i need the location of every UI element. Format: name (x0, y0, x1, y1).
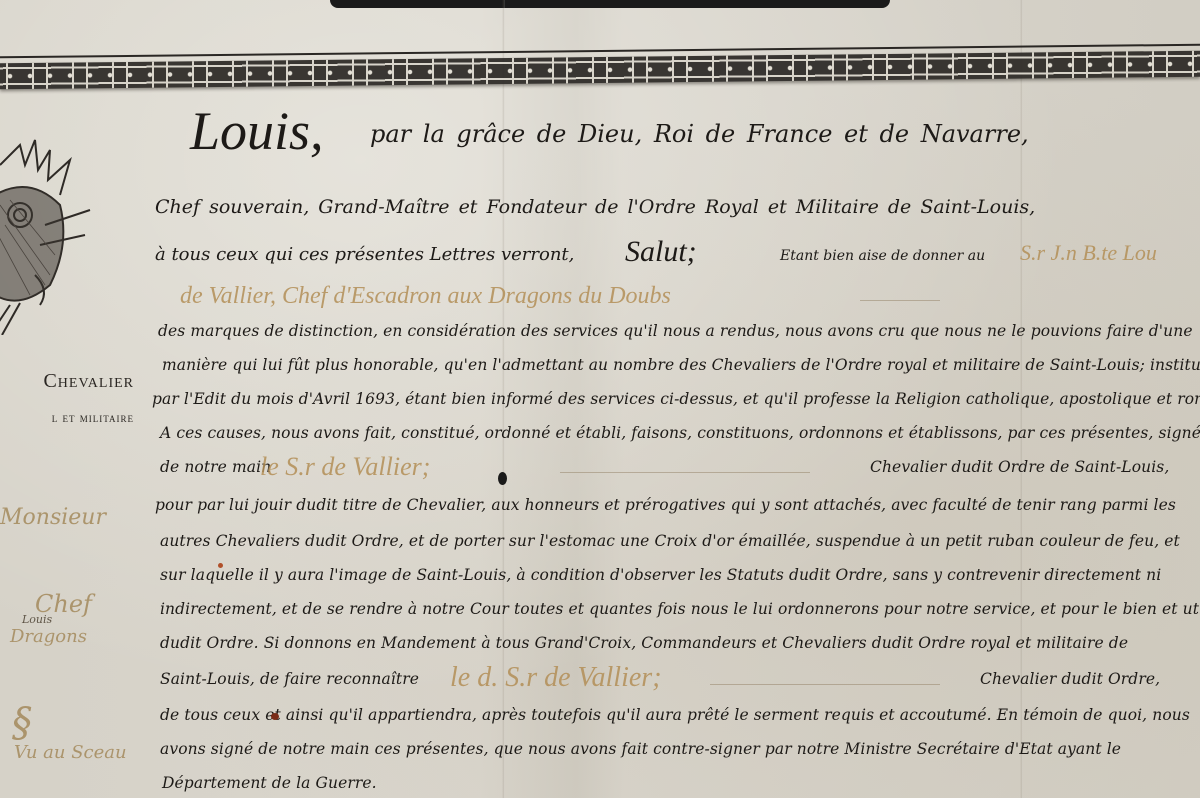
fleur-de-lis-pattern-icon (0, 51, 1200, 90)
body-line-8: autres Chevaliers dudit Ordre, et de por… (160, 532, 1180, 550)
body-line-3: par l'Edit du mois d'Avril 1693, étant b… (152, 390, 1200, 408)
body-line-16: Département de la Guerre. (162, 774, 377, 792)
handwritten-fill-vallier-2: le d. S.r de Vallier; (450, 662, 662, 694)
handwritten-recipient-2: de Vallier, Chef d'Escadron aux Dragons … (180, 283, 671, 310)
handwritten-recipient-1: S.r J.n B.te Lou (1020, 240, 1157, 266)
body-line-15: avons signé de notre main ces présentes,… (160, 740, 1121, 758)
ink-blot (498, 472, 507, 485)
greeting-prefix: à tous ceux qui ces présentes Lettres ve… (155, 244, 574, 265)
stain-spot (271, 713, 279, 720)
trophy-of-arms-icon (0, 135, 100, 335)
handwritten-fill-vallier: le S.r de Vallier; (260, 452, 430, 482)
body-line-1: des marques de distinction, en considéra… (158, 322, 1193, 340)
body-line-11: dudit Ordre. Si donnons en Mandement à t… (160, 634, 1128, 652)
margin-flourish: § (12, 700, 32, 746)
body-line-13: Chevalier dudit Ordre, (980, 670, 1160, 688)
margin-note-dragons: Dragons (10, 626, 87, 647)
fill-rule (860, 300, 940, 301)
intro-text: Etant bien aise de donner au (780, 248, 985, 264)
order-title-chevalier: Chevalier (0, 370, 134, 393)
margin-note-louis: Louis (22, 613, 52, 626)
body-line-12: Saint-Louis, de faire reconnaître (160, 670, 419, 688)
body-line-10: indirectement, et de se rendre à notre C… (160, 600, 1200, 618)
body-line-7: pour par lui jouir dudit titre de Cheval… (155, 496, 1176, 514)
title-line-1: par la grâce de Dieu, Roi de France et d… (370, 120, 1029, 148)
body-line-5: de notre main (160, 458, 271, 476)
sovereign-name: Louis, (190, 100, 324, 162)
page-edge-shadow (330, 0, 890, 8)
body-line-4: A ces causes, nous avons fait, constitué… (160, 424, 1200, 442)
body-line-9: sur laquelle il y aura l'image de Saint-… (160, 566, 1161, 584)
body-line-14: de tous ceux et ainsi qu'il appartiendra… (160, 706, 1190, 724)
body-line-6: Chevalier dudit Ordre de Saint-Louis, (870, 458, 1169, 476)
margin-note-monsieur: Monsieur (0, 505, 106, 530)
greeting-salut: Salut; (625, 235, 697, 269)
body-line-2: manière qui lui fût plus honorable, qu'e… (162, 356, 1200, 374)
fill-rule (710, 684, 940, 685)
order-title-royal-militaire: l et militaire (0, 410, 134, 426)
title-line-2: Chef souverain, Grand-Maître et Fondateu… (155, 196, 1035, 218)
fill-rule (560, 472, 810, 473)
